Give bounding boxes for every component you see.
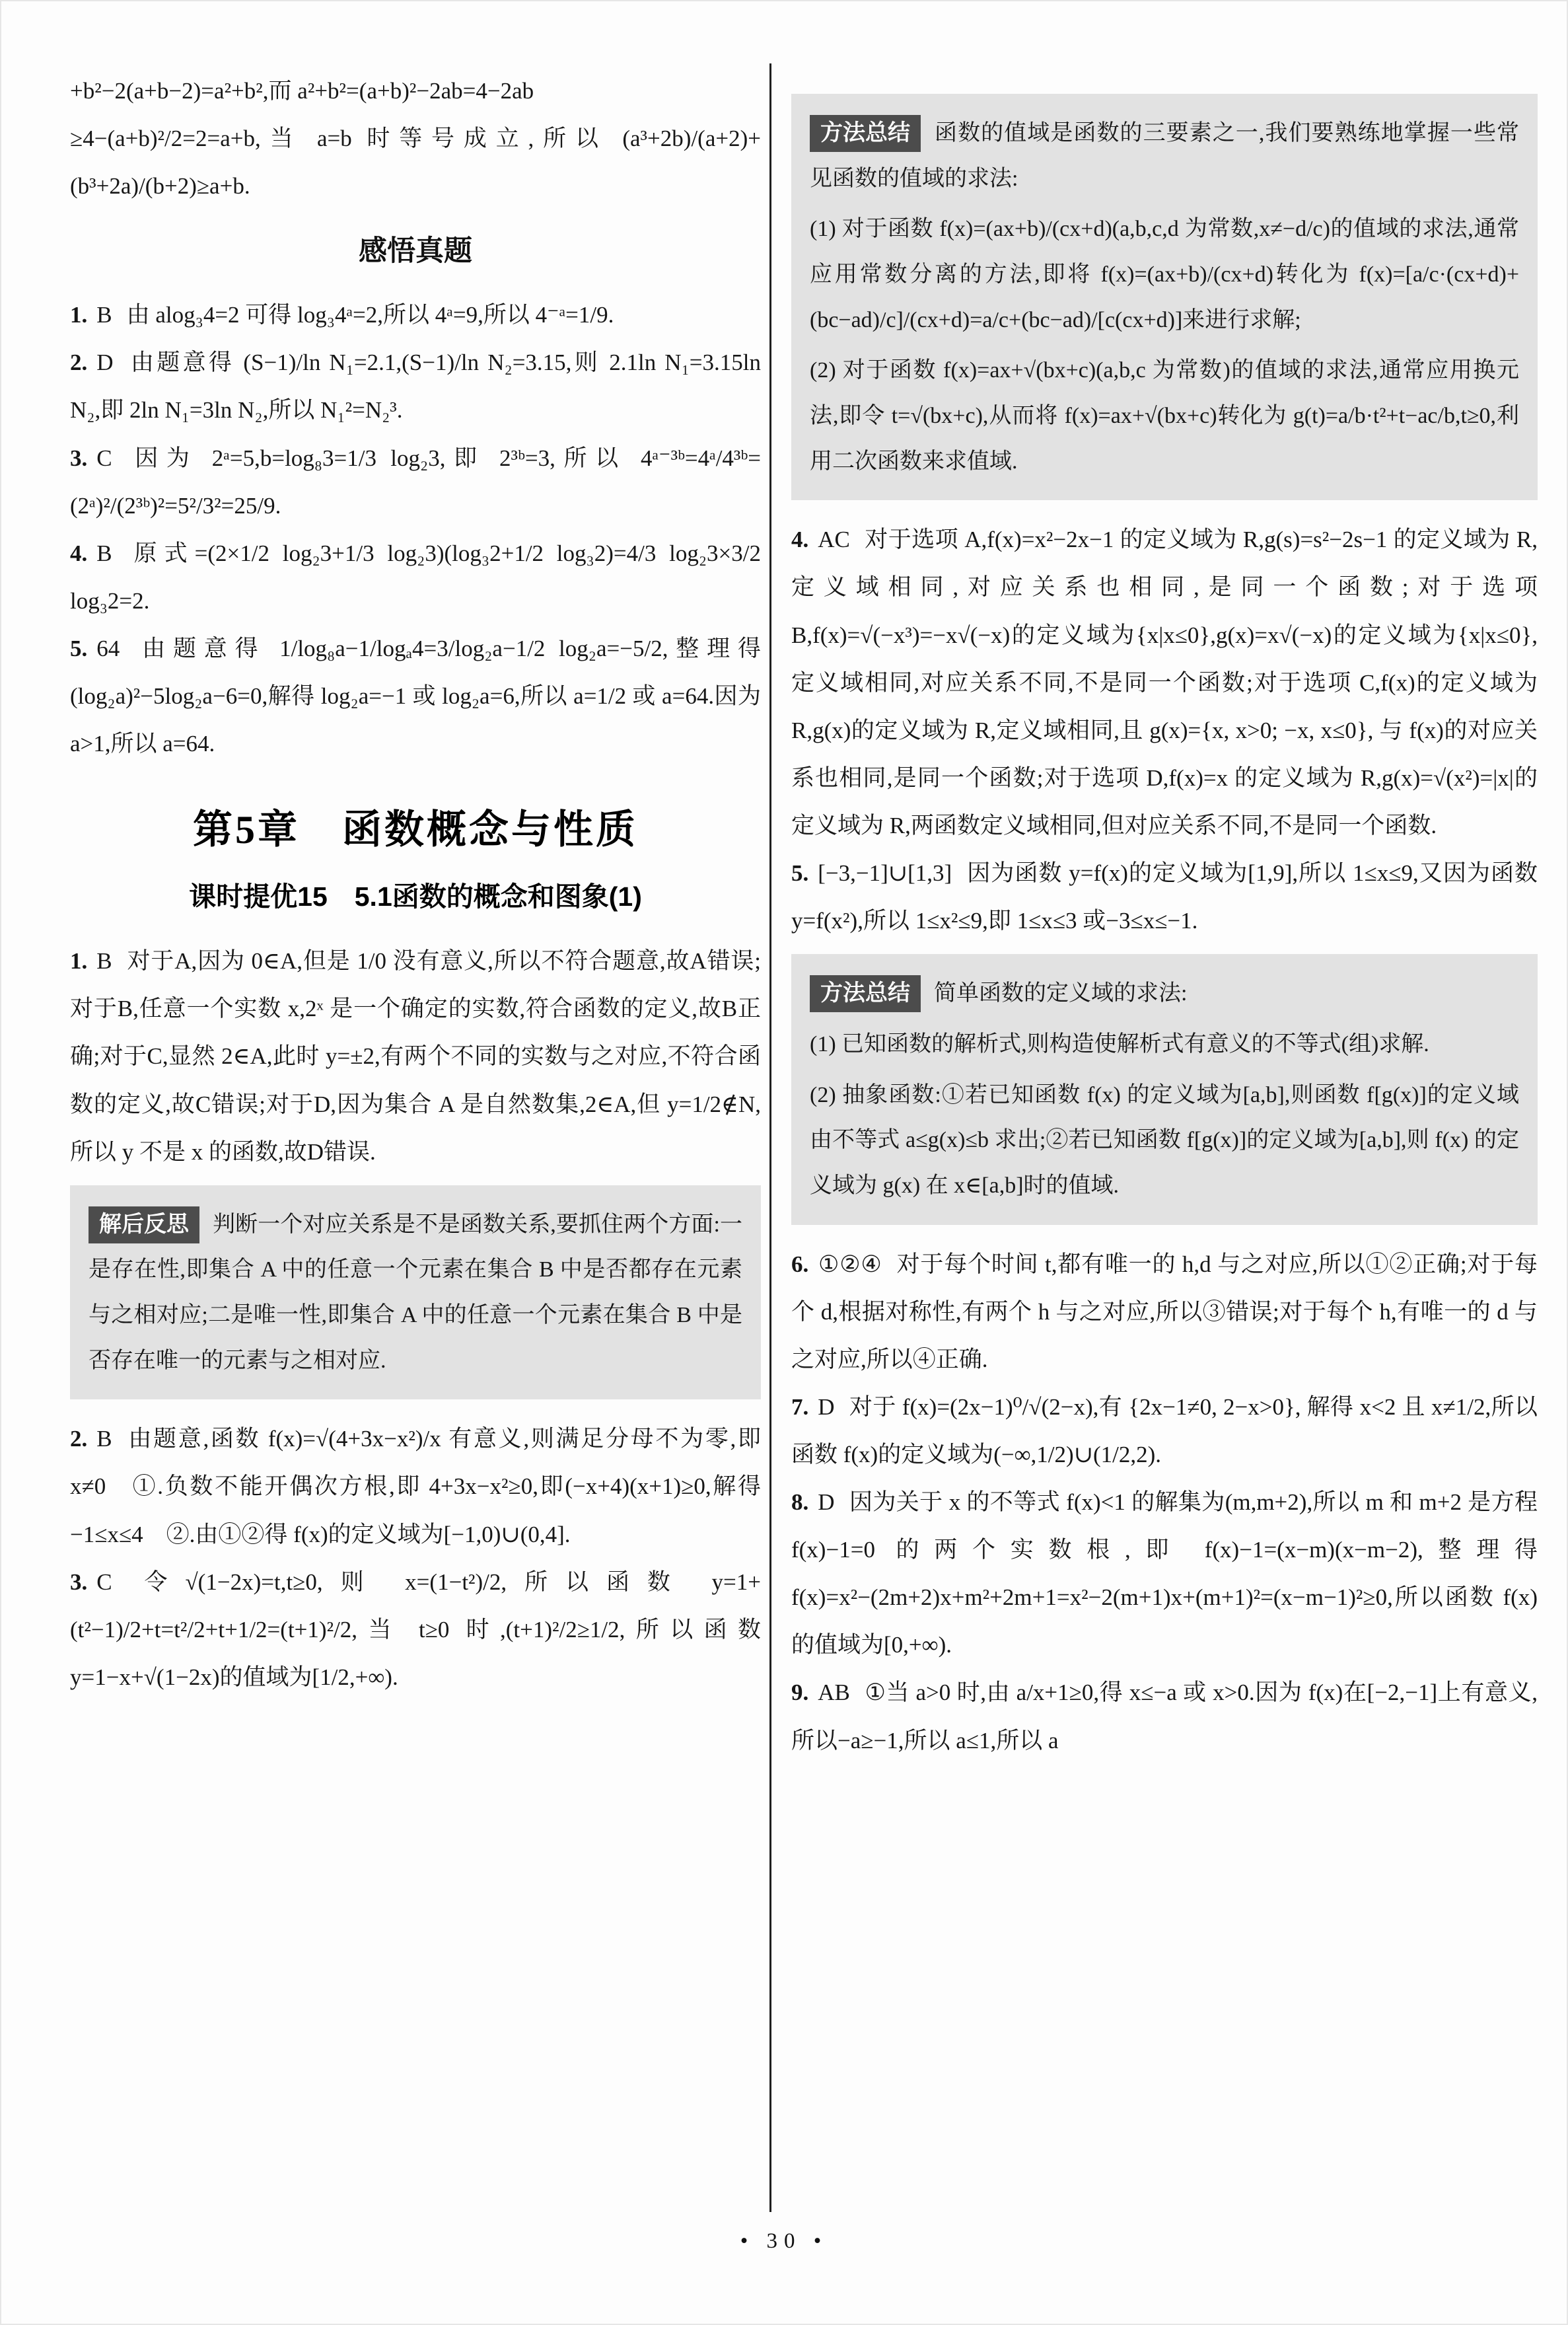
- item-number: 5.: [70, 636, 87, 661]
- solution-item: 7.D对于 f(x)=(2x−1)⁰/√(2−x),有 {2x−1≠0, 2−x…: [791, 1384, 1538, 1479]
- solution-item: 4.AC对于选项 A,f(x)=x²−2x−1 的定义域为 R,g(s)=s²−…: [791, 516, 1538, 850]
- lesson-heading: 课时提优15 5.1函数的概念和图象(1): [70, 875, 761, 914]
- method-summary-text: (2) 抽象函数:①若已知函数 f(x) 的定义域为[a,b],则函数 f[g(…: [810, 1073, 1519, 1209]
- item-text: 对于每个时间 t,都有唯一的 h,d 与之对应,所以①②正确;对于每个 d,根据…: [791, 1251, 1538, 1372]
- solution-item: 3.C令√(1−2x)=t,t≥0,则 x=(1−t²)/2,所以函数 y=1+…: [70, 1559, 761, 1701]
- exam-section-heading: 感悟真题: [70, 229, 761, 269]
- solution-item: 8.D因为关于 x 的不等式 f(x)<1 的解集为(m,m+2),所以 m 和…: [791, 1479, 1538, 1669]
- item-text: 对于 f(x)=(2x−1)⁰/√(2−x),有 {2x−1≠0, 2−x>0}…: [791, 1394, 1538, 1467]
- item-answer: [−3,−1]∪[1,3]: [818, 860, 952, 886]
- item-text: 由题意得 1/log₈a−1/logₐ4=3/log₂a−1/2 log₂a=−…: [70, 636, 761, 757]
- solution-item: 5.[−3,−1]∪[1,3]因为函数 y=f(x)的定义域为[1,9],所以 …: [791, 850, 1538, 945]
- method-summary-box-1: 方法总结函数的值域是函数的三要素之一,我们要熟练地掌握一些常见函数的值域的求法:…: [791, 94, 1538, 500]
- item-answer: B: [96, 540, 112, 566]
- item-answer: C: [96, 445, 112, 471]
- item-answer: D: [818, 1489, 834, 1515]
- item-number: 2.: [70, 350, 87, 375]
- carryover-line: ≥4−(a+b)²/2=2=a+b,当 a=b 时等号成立,所以 (a³+2b)…: [70, 115, 761, 210]
- item-answer: B: [96, 948, 112, 974]
- left-column: +b²−2(a+b−2)=a²+b²,而 a²+b²=(a+b)²−2ab=4−…: [70, 67, 761, 1701]
- item-text: 对于选项 A,f(x)=x²−2x−1 的定义域为 R,g(s)=s²−2s−1…: [791, 527, 1538, 838]
- column-divider: [769, 63, 771, 2212]
- item-number: 4.: [70, 540, 87, 566]
- item-answer: B: [96, 1426, 112, 1452]
- item-answer: ①②④: [818, 1251, 882, 1277]
- item-number: 1.: [70, 302, 87, 328]
- item-text: 对于A,因为 0∈A,但是 1/0 没有意义,所以不符合题意,故A错误;对于B,…: [70, 948, 761, 1164]
- method-summary-label: 方法总结: [810, 115, 921, 152]
- method-summary-text: (1) 对于函数 f(x)=(ax+b)/(cx+d)(a,b,c,d 为常数,…: [810, 207, 1519, 343]
- item-text: 因为 2ᵃ=5,b=log₈3=1/3 log₂3,即 2³ᵇ=3,所以 4ᵃ⁻…: [70, 445, 761, 519]
- item-answer: C: [96, 1569, 112, 1595]
- method-summary-label: 方法总结: [810, 975, 921, 1012]
- method-summary-text: (1) 已知函数的解析式,则构造使解析式有意义的不等式(组)求解.: [810, 1022, 1519, 1068]
- item-number: 3.: [70, 1569, 87, 1595]
- right-column: 方法总结函数的值域是函数的三要素之一,我们要熟练地掌握一些常见函数的值域的求法:…: [791, 67, 1538, 1765]
- item-number: 1.: [70, 948, 87, 974]
- item-number: 6.: [791, 1251, 808, 1277]
- item-number: 3.: [70, 445, 87, 471]
- item-number: 8.: [791, 1489, 808, 1515]
- solution-item: 2.B由题意,函数 f(x)=√(4+3x−x²)/x 有意义,则满足分母不为零…: [70, 1415, 761, 1558]
- book-page: +b²−2(a+b−2)=a²+b²,而 a²+b²=(a+b)²−2ab=4−…: [0, 0, 1568, 2325]
- item-answer: D: [96, 350, 113, 375]
- item-text: 令√(1−2x)=t,t≥0,则 x=(1−t²)/2,所以函数 y=1+(t²…: [70, 1569, 761, 1690]
- method-summary-box-2: 方法总结简单函数的定义域的求法: (1) 已知函数的解析式,则构造使解析式有意义…: [791, 954, 1538, 1224]
- item-answer: D: [818, 1394, 834, 1420]
- item-number: 7.: [791, 1394, 808, 1420]
- item-number: 4.: [791, 527, 808, 552]
- item-answer: 64: [96, 636, 120, 661]
- item-answer: B: [96, 302, 112, 328]
- item-text: ①当 a>0 时,由 a/x+1≥0,得 x≤−a 或 x>0.因为 f(x)在…: [791, 1679, 1538, 1753]
- solution-item: 6.①②④对于每个时间 t,都有唯一的 h,d 与之对应,所以①②正确;对于每个…: [791, 1241, 1538, 1384]
- item-text: 由题意,函数 f(x)=√(4+3x−x²)/x 有意义,则满足分母不为零,即 …: [70, 1426, 761, 1547]
- solution-item: 4.B原式=(2×1/2 log₂3+1/3 log₂3)(log₃2+1/2 …: [70, 530, 761, 625]
- solution-item: 2.D由题意得 (S−1)/ln N₁=2.1,(S−1)/ln N₂=3.15…: [70, 339, 761, 434]
- solution-item: 9.AB①当 a>0 时,由 a/x+1≥0,得 x≤−a 或 x>0.因为 f…: [791, 1669, 1538, 1764]
- solution-item: 3.C因为 2ᵃ=5,b=log₈3=1/3 log₂3,即 2³ᵇ=3,所以 …: [70, 435, 761, 530]
- page-number: • 30 •: [0, 2229, 1568, 2254]
- solution-item: 1.B对于A,因为 0∈A,但是 1/0 没有意义,所以不符合题意,故A错误;对…: [70, 938, 761, 1175]
- item-text: 由 alog₃4=2 可得 log₃4ᵃ=2,所以 4ᵃ=9,所以 4⁻ᵃ=1/…: [127, 302, 614, 328]
- item-number: 5.: [791, 860, 808, 886]
- reflection-label: 解后反思: [89, 1206, 199, 1243]
- reflection-box: 解后反思判断一个对应关系是不是函数关系,要抓住两个方面:一是存在性,即集合 A …: [70, 1185, 761, 1400]
- chapter-heading: 第5章 函数概念与性质: [70, 798, 761, 855]
- item-text: 原式=(2×1/2 log₂3+1/3 log₂3)(log₃2+1/2 log…: [70, 540, 761, 614]
- item-text: 由题意得 (S−1)/ln N₁=2.1,(S−1)/ln N₂=3.15,则 …: [70, 350, 761, 423]
- solution-item: 1.B由 alog₃4=2 可得 log₃4ᵃ=2,所以 4ᵃ=9,所以 4⁻ᵃ…: [70, 291, 761, 339]
- solution-item: 5.64由题意得 1/log₈a−1/logₐ4=3/log₂a−1/2 log…: [70, 625, 761, 768]
- item-answer: AB: [818, 1679, 850, 1705]
- method-summary-text: (2) 对于函数 f(x)=ax+√(bx+c)(a,b,c 为常数)的值域的求…: [810, 348, 1519, 484]
- item-number: 9.: [791, 1679, 808, 1705]
- carryover-line: +b²−2(a+b−2)=a²+b²,而 a²+b²=(a+b)²−2ab=4−…: [70, 67, 761, 115]
- item-text: 因为关于 x 的不等式 f(x)<1 的解集为(m,m+2),所以 m 和 m+…: [791, 1489, 1538, 1658]
- item-answer: AC: [818, 527, 850, 552]
- item-number: 2.: [70, 1426, 87, 1452]
- method-summary-text: 简单函数的定义域的求法:: [934, 981, 1187, 1006]
